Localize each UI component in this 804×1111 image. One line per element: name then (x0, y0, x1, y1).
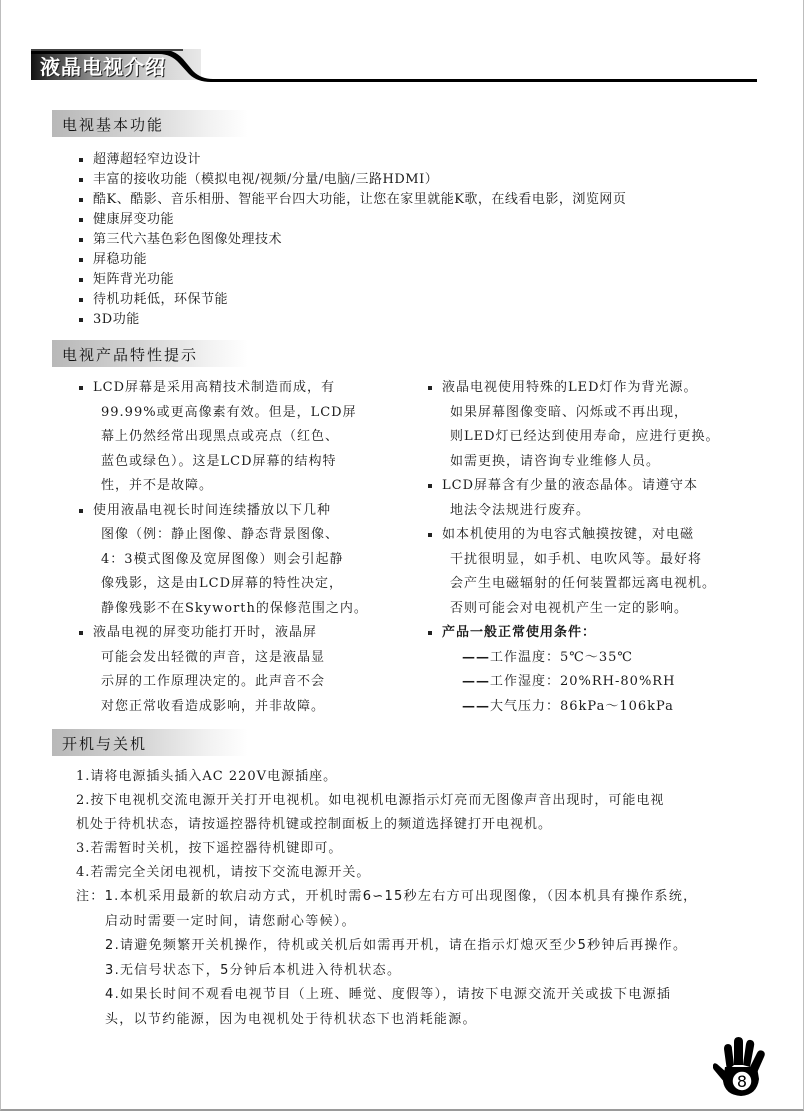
list-item: 健康屏变功能 (76, 210, 626, 230)
note-line: 注：1.本机采用最新的软启动方式，开机时需6∽15秒左右方可出现图像，（因本机具… (76, 885, 697, 910)
note-line: 启动时需要一定时间，请您耐心等候）。 (76, 910, 697, 935)
note-line: 2.请避免频繁开关机操作，待机或关机后如需再开机，请在指示灯熄灭至少5秒钟后再操… (76, 934, 697, 959)
power-step: 2.按下电视机交流电源开关打开电视机。如电视机电源指示灯亮而无图像声音出现时，可… (76, 789, 664, 813)
section-header-basic-features: 电视基本功能 (52, 110, 248, 137)
list-item: 3D功能 (76, 310, 626, 330)
svg-text:8: 8 (737, 1072, 747, 1091)
tip-item: LCD屏幕含有少量的液态晶体。请遵守本 地法令法规进行废弃。 (425, 474, 720, 523)
list-item: 第三代六基色彩色图像处理技术 (76, 230, 626, 250)
section-title: 电视产品特性提示 (62, 344, 198, 365)
basic-features-list: 超薄超轻窄边设计 丰富的接收功能（模拟电视/视频/分量/电脑/三路HDMI） 酷… (76, 150, 626, 330)
list-item: 待机功耗低，环保节能 (76, 290, 626, 310)
tip-item: 液晶电视的屏变功能打开时，液晶屏 可能会发出轻微的声音，这是液晶显 示屏的工作原… (76, 621, 368, 719)
list-item: 矩阵背光功能 (76, 270, 626, 290)
page-number-badge: 8 (713, 1037, 769, 1097)
hand-icon: 8 (713, 1037, 769, 1097)
tip-item: 使用液晶电视长时间连续播放以下几种 图像（例：静止图像、静态背景图像、 4：3模… (76, 499, 368, 622)
condition-temperature: ——工作温度：5℃～35℃ (442, 646, 720, 671)
power-notes: 注：1.本机采用最新的软启动方式，开机时需6∽15秒左右方可出现图像，（因本机具… (76, 885, 697, 1032)
list-item: 超薄超轻窄边设计 (76, 150, 626, 170)
list-item: 酷K、酷影、音乐相册、智能平台四大功能，让您在家里就能K歌，在线看电影，浏览网页 (76, 190, 626, 210)
section-header-power: 开机与关机 (52, 729, 248, 756)
tip-item: 如本机使用的为电容式触摸按键，对电磁 干扰很明显，如手机、电吹风等。最好将 会产… (425, 523, 720, 621)
section-title: 电视基本功能 (62, 114, 164, 135)
product-tips-right-column: 液晶电视使用特殊的LED灯作为背光源。 如果屏幕图像变暗、闪烁或不再出现， 则L… (425, 376, 720, 719)
page-title-banner: 液晶电视介绍 (31, 49, 757, 83)
product-tips-left-column: LCD屏幕是采用高精技术制造而成，有 99.99%或更高像素有效。但是，LCD屏… (76, 376, 368, 719)
condition-humidity: ——工作湿度：20%RH-80%RH (442, 670, 720, 695)
tip-item: 液晶电视使用特殊的LED灯作为背光源。 如果屏幕图像变暗、闪烁或不再出现， 则L… (425, 376, 720, 474)
power-step: 4.若需完全关闭电视机，请按下交流电源开关。 (76, 861, 664, 885)
page-title: 液晶电视介绍 (40, 51, 166, 80)
section-title: 开机与关机 (62, 733, 147, 754)
power-step: 3.若需暂时关机，按下遥控器待机键即可。 (76, 837, 664, 861)
note-line: 3.无信号状态下，5分钟后本机进入待机状态。 (76, 959, 697, 984)
note-line: 4.如果长时间不观看电视节目（上班、睡觉、度假等），请按下电源交流开关或拔下电源… (76, 983, 697, 1008)
power-instructions: 1.请将电源插头插入AC 220V电源插座。 2.按下电视机交流电源开关打开电视… (76, 765, 664, 885)
list-item: 丰富的接收功能（模拟电视/视频/分量/电脑/三路HDMI） (76, 170, 626, 190)
condition-pressure: ——大气压力：86kPa～106kPa (442, 695, 720, 720)
usage-conditions: 产品一般正常使用条件： ——工作温度：5℃～35℃ ——工作湿度：20%RH-8… (425, 621, 720, 719)
note-line: 头，以节约能源，因为电视机处于待机状态下也消耗能源。 (76, 1008, 697, 1033)
power-step: 1.请将电源插头插入AC 220V电源插座。 (76, 765, 664, 789)
section-header-product-tips: 电视产品特性提示 (52, 340, 248, 367)
list-item: 屏稳功能 (76, 250, 626, 270)
power-step-continued: 机处于待机状态，请按遥控器待机键或控制面板上的频道选择键打开电视机。 (76, 813, 664, 837)
tip-item: LCD屏幕是采用高精技术制造而成，有 99.99%或更高像素有效。但是，LCD屏… (76, 376, 368, 499)
